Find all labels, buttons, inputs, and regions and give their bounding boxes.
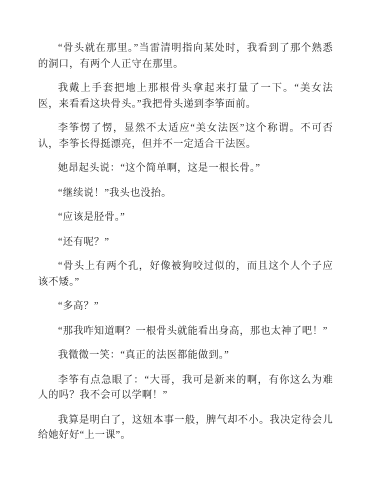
paragraph: “那我咋知道啊？一根骨头就能看出身高，那也太神了吧！” xyxy=(38,324,333,340)
paragraph: 我算是明白了，这妞本事一般，脾气却不小。我决定待会儿给她好好“上一课”。 xyxy=(38,413,333,444)
paragraph: “还有呢？” xyxy=(38,235,333,251)
paragraph: 李筝愣了愣，显然不太适应“美女法医”这个称谓。不可否认，李筝长得挺漂亮，但并不一… xyxy=(38,121,333,152)
paragraph: “多高？” xyxy=(38,299,333,315)
paragraph: 她昂起头说：“这个简单啊，这是一根长骨。” xyxy=(38,161,333,177)
reader-page: “骨头就在那里。”当雷清明指向某处时，我看到了那个熟悉的洞口，有两个人正守在那里… xyxy=(0,0,370,480)
paragraph: “骨头就在那里。”当雷清明指向某处时，我看到了那个熟悉的洞口，有两个人正守在那里… xyxy=(38,41,333,72)
paragraph: 我微微一笑：“真正的法医都能做到。” xyxy=(38,348,333,364)
paragraph: “继续说！”我头也没抬。 xyxy=(38,186,333,202)
paragraph: “应该是胫骨。” xyxy=(38,210,333,226)
paragraph: “骨头上有两个孔，好像被狗咬过似的，而且这个人个子应该不矮。” xyxy=(38,259,333,290)
paragraph: 李筝有点急眼了：“大哥，我可是新来的啊，有你这么为难人的吗？我不会可以学啊！” xyxy=(38,373,333,404)
paragraph: 我戴上手套把地上那根骨头拿起来打量了一下。“美女法医，来看看这块骨头。”我把骨头… xyxy=(38,81,333,112)
